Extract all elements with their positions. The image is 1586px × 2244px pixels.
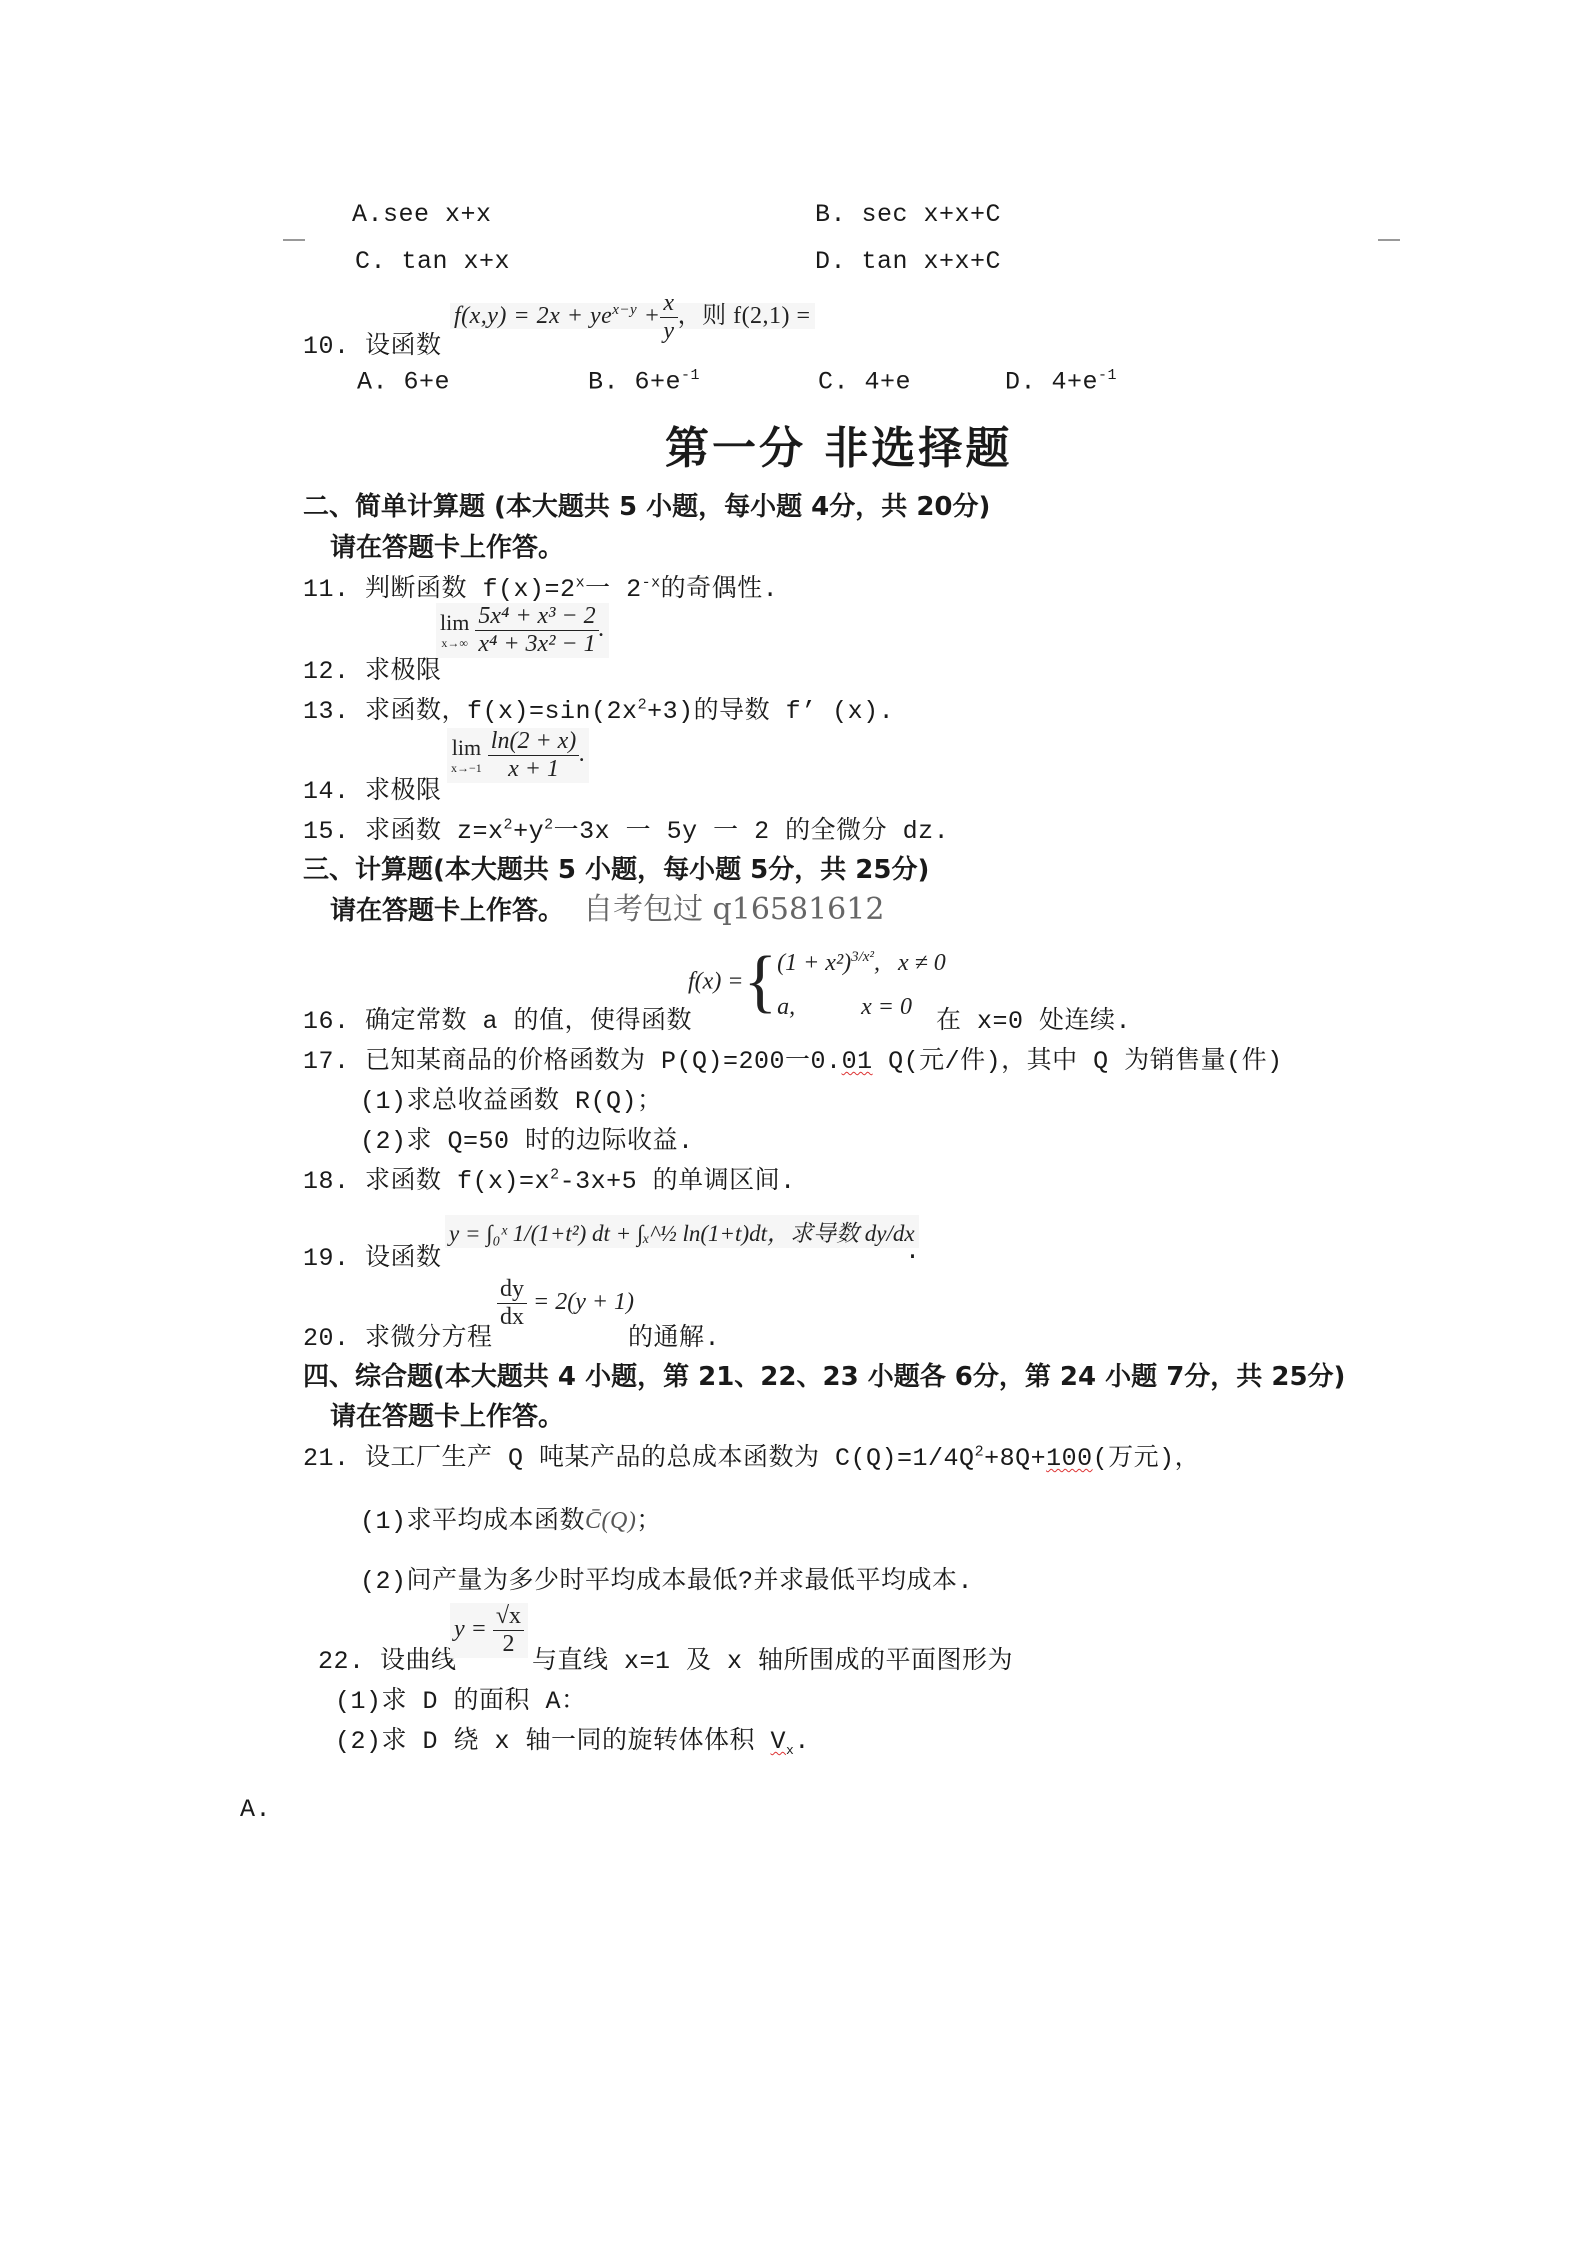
question-16-end: 在 x=0 处连续. bbox=[936, 1000, 1131, 1036]
question-12: 12. 求极限 bbox=[303, 650, 442, 686]
question-16: 16. 确定常数 a 的值，使得函数 bbox=[303, 1000, 692, 1036]
section-3-heading: 三、计算题(本大题共 5 小题，每小题 5分，共 25分) bbox=[303, 849, 929, 886]
question-10-prefix: 10. 设函数 bbox=[303, 332, 442, 361]
average-cost-formula: C̄(Q) bbox=[585, 1508, 636, 1534]
question-19-end: . bbox=[905, 1237, 921, 1266]
question-17-part-2: (2)求 Q=50 时的边际收益. bbox=[360, 1120, 694, 1156]
question-21-part-1: (1)求平均成本函数C̄(Q)； bbox=[360, 1500, 662, 1536]
q10-option-c: C. 4+e bbox=[818, 367, 911, 396]
question-21: 21. 设工厂生产 Q 吨某产品的总成本函数为 C(Q)=1/4Q2+8Q+10… bbox=[303, 1437, 1200, 1473]
question-22: 22. 设曲线 bbox=[318, 1640, 457, 1676]
question-17: 17. 已知某商品的价格函数为 P(Q)=200一0.01 Q(元/件)，其中 … bbox=[303, 1040, 1283, 1076]
question-20-formula: dydx = 2(y + 1) bbox=[497, 1276, 634, 1331]
question-10-formula: f(x,y) = 2x + yex−y +xy，则 f(2,1) = bbox=[450, 303, 815, 329]
prev-option-d: D. tan x+x+C bbox=[815, 247, 1001, 276]
margin-mark-left bbox=[283, 239, 305, 241]
part-title: 第一分 非选择题 bbox=[665, 412, 1012, 476]
section-4-instruction: 请在答题卡上作答。 bbox=[330, 1396, 564, 1433]
question-14: 16.14. 求极限 bbox=[303, 770, 442, 806]
prev-option-c: C. tan x+x bbox=[355, 247, 510, 276]
prev-option-b: B. sec x+x+C bbox=[815, 200, 1001, 229]
question-10: 10. 设函数 f(x,y) = 2x + yex−y +xy，则 f(2,1)… bbox=[303, 290, 815, 345]
formula-lhs: f(x,y) = 2x + ye bbox=[454, 303, 612, 329]
formula-exp: x−y bbox=[612, 302, 637, 318]
question-19: 19. 设函数 bbox=[303, 1237, 442, 1273]
prev-option-a: A.see x+x bbox=[352, 200, 492, 229]
q10-option-a: A. 6+e bbox=[357, 367, 450, 396]
formula-suffix: ，则 f(2,1) = bbox=[678, 303, 811, 329]
q10-option-d: D. 4+e-1 bbox=[1005, 367, 1117, 396]
question-22-end: 与直线 x=1 及 x 轴所围成的平面图形为 bbox=[532, 1640, 1013, 1676]
trailing-text: A. bbox=[240, 1795, 271, 1824]
question-20: 20. 求微分方程 bbox=[303, 1317, 493, 1353]
formula-den: y bbox=[660, 318, 677, 345]
question-13: 13. 求函数，f(x)=sin(2x2+3)的导数 f’ (x). bbox=[303, 690, 894, 726]
question-12-formula: limx→∞ 5x⁴ + x³ − 2x⁴ + 3x² − 1. bbox=[436, 603, 609, 658]
question-22-part-2: (2)求 D 绕 x 轴一同的旋转体体积 Vx. bbox=[335, 1720, 810, 1758]
question-14-formula: limx→−1 ln(2 + x)x + 1. bbox=[447, 728, 589, 783]
section-4-heading: 四、综合题(本大题共 4 小题，第 21、22、23 小题各 6分，第 24 小… bbox=[303, 1356, 1345, 1393]
section-3-instruction: 请在答题卡上作答。 bbox=[330, 890, 564, 927]
section-2-instruction: 请在答题卡上作答。 bbox=[330, 527, 564, 564]
question-21-part-2: (2)问产量为多少时平均成本最低?并求最低平均成本. bbox=[360, 1560, 973, 1596]
q10-option-b: B. 6+e-1 bbox=[588, 367, 700, 396]
section-2-heading: 二、简单计算题 (本大题共 5 小题，每小题 4分，共 20分) bbox=[303, 486, 990, 523]
question-11: 11. 判断函数 f(x)=2x一 2-x的奇偶性. bbox=[303, 568, 778, 604]
formula-num: x bbox=[660, 290, 677, 318]
question-22-formula: y = √x2 bbox=[450, 1603, 528, 1658]
question-17-part-1: (1)求总收益函数 R(Q)； bbox=[360, 1080, 663, 1116]
question-20-end: 的通解. bbox=[628, 1317, 720, 1353]
margin-mark-right bbox=[1378, 239, 1400, 241]
question-18: 18. 求函数 f(x)=x2-3x+5 的单调区间. bbox=[303, 1160, 796, 1196]
question-15: 15. 求函数 z=x2+y2一3x 一 5y 一 2 的全微分 dz. bbox=[303, 810, 949, 846]
question-19-formula: y = ∫₀ˣ 1/(1+t²) dt + ∫ₓ^½ ln(1+t)dt，求导数… bbox=[445, 1215, 919, 1248]
question-16-formula: f(x) ={ (1 + x²)3/x², x ≠ 0 a, x = 0 bbox=[688, 935, 946, 1029]
watermark-text: 自考包过 q16581612 bbox=[583, 884, 884, 928]
question-22-part-1: (1)求 D 的面积 A： bbox=[335, 1680, 587, 1716]
